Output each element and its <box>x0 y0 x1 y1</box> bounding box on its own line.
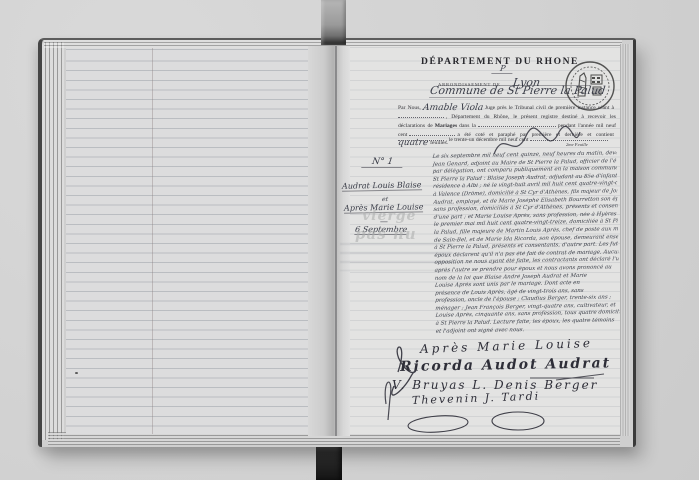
signature: Après Marie Louise <box>420 335 620 356</box>
marriage-act-body: Le six septembre mil neuf cent quinze, n… <box>432 150 619 336</box>
left-blank-ruled-page <box>66 48 308 434</box>
closing-segment <box>398 136 444 141</box>
bookmark-ribbon-top <box>321 0 346 45</box>
marriage-register-page: DÉPARTEMENT DU RHONE P ARRONDISSEMENT DE… <box>350 46 620 434</box>
page-edges-left <box>42 42 64 440</box>
signature: Ricorda Audot Audrat <box>400 355 620 375</box>
act-number: N° 1 <box>361 157 404 168</box>
book-fore-edge <box>620 44 630 436</box>
commune-line: Commune de St Pierre la Palud <box>429 84 581 98</box>
watermark-fragment-1: vierge <box>362 208 416 224</box>
register-book: DÉPARTEMENT DU RHONE P ARRONDISSEMENT DE… <box>38 38 636 447</box>
preamble-segment: Amable Viola <box>422 104 483 113</box>
gutter-fold-line <box>335 46 337 436</box>
preamble-segment: Mariages <box>435 123 457 129</box>
preamble-segment: Juge près le Tribunal civil de première … <box>485 105 614 111</box>
margin-groom-name: Audrat Louis Blaise <box>342 180 422 191</box>
scanned-register-photo: DÉPARTEMENT DU RHONE P ARRONDISSEMENT DE… <box>0 0 699 480</box>
preamble-segment: Par Nous, <box>398 105 421 111</box>
signatures-block: Après Marie LouiseRicorda Audot AudratV.… <box>390 342 620 407</box>
ink-speck <box>75 372 78 374</box>
preamble-segment: dans la <box>459 123 476 129</box>
margin-rule-line <box>152 48 153 434</box>
feuillet-note: 2me Feuille <box>566 142 588 147</box>
book-gutter <box>308 46 350 436</box>
preamble-segment <box>398 113 444 118</box>
watermark-fragment-2: pas nu <box>355 225 417 243</box>
preamble-segment <box>409 131 455 136</box>
